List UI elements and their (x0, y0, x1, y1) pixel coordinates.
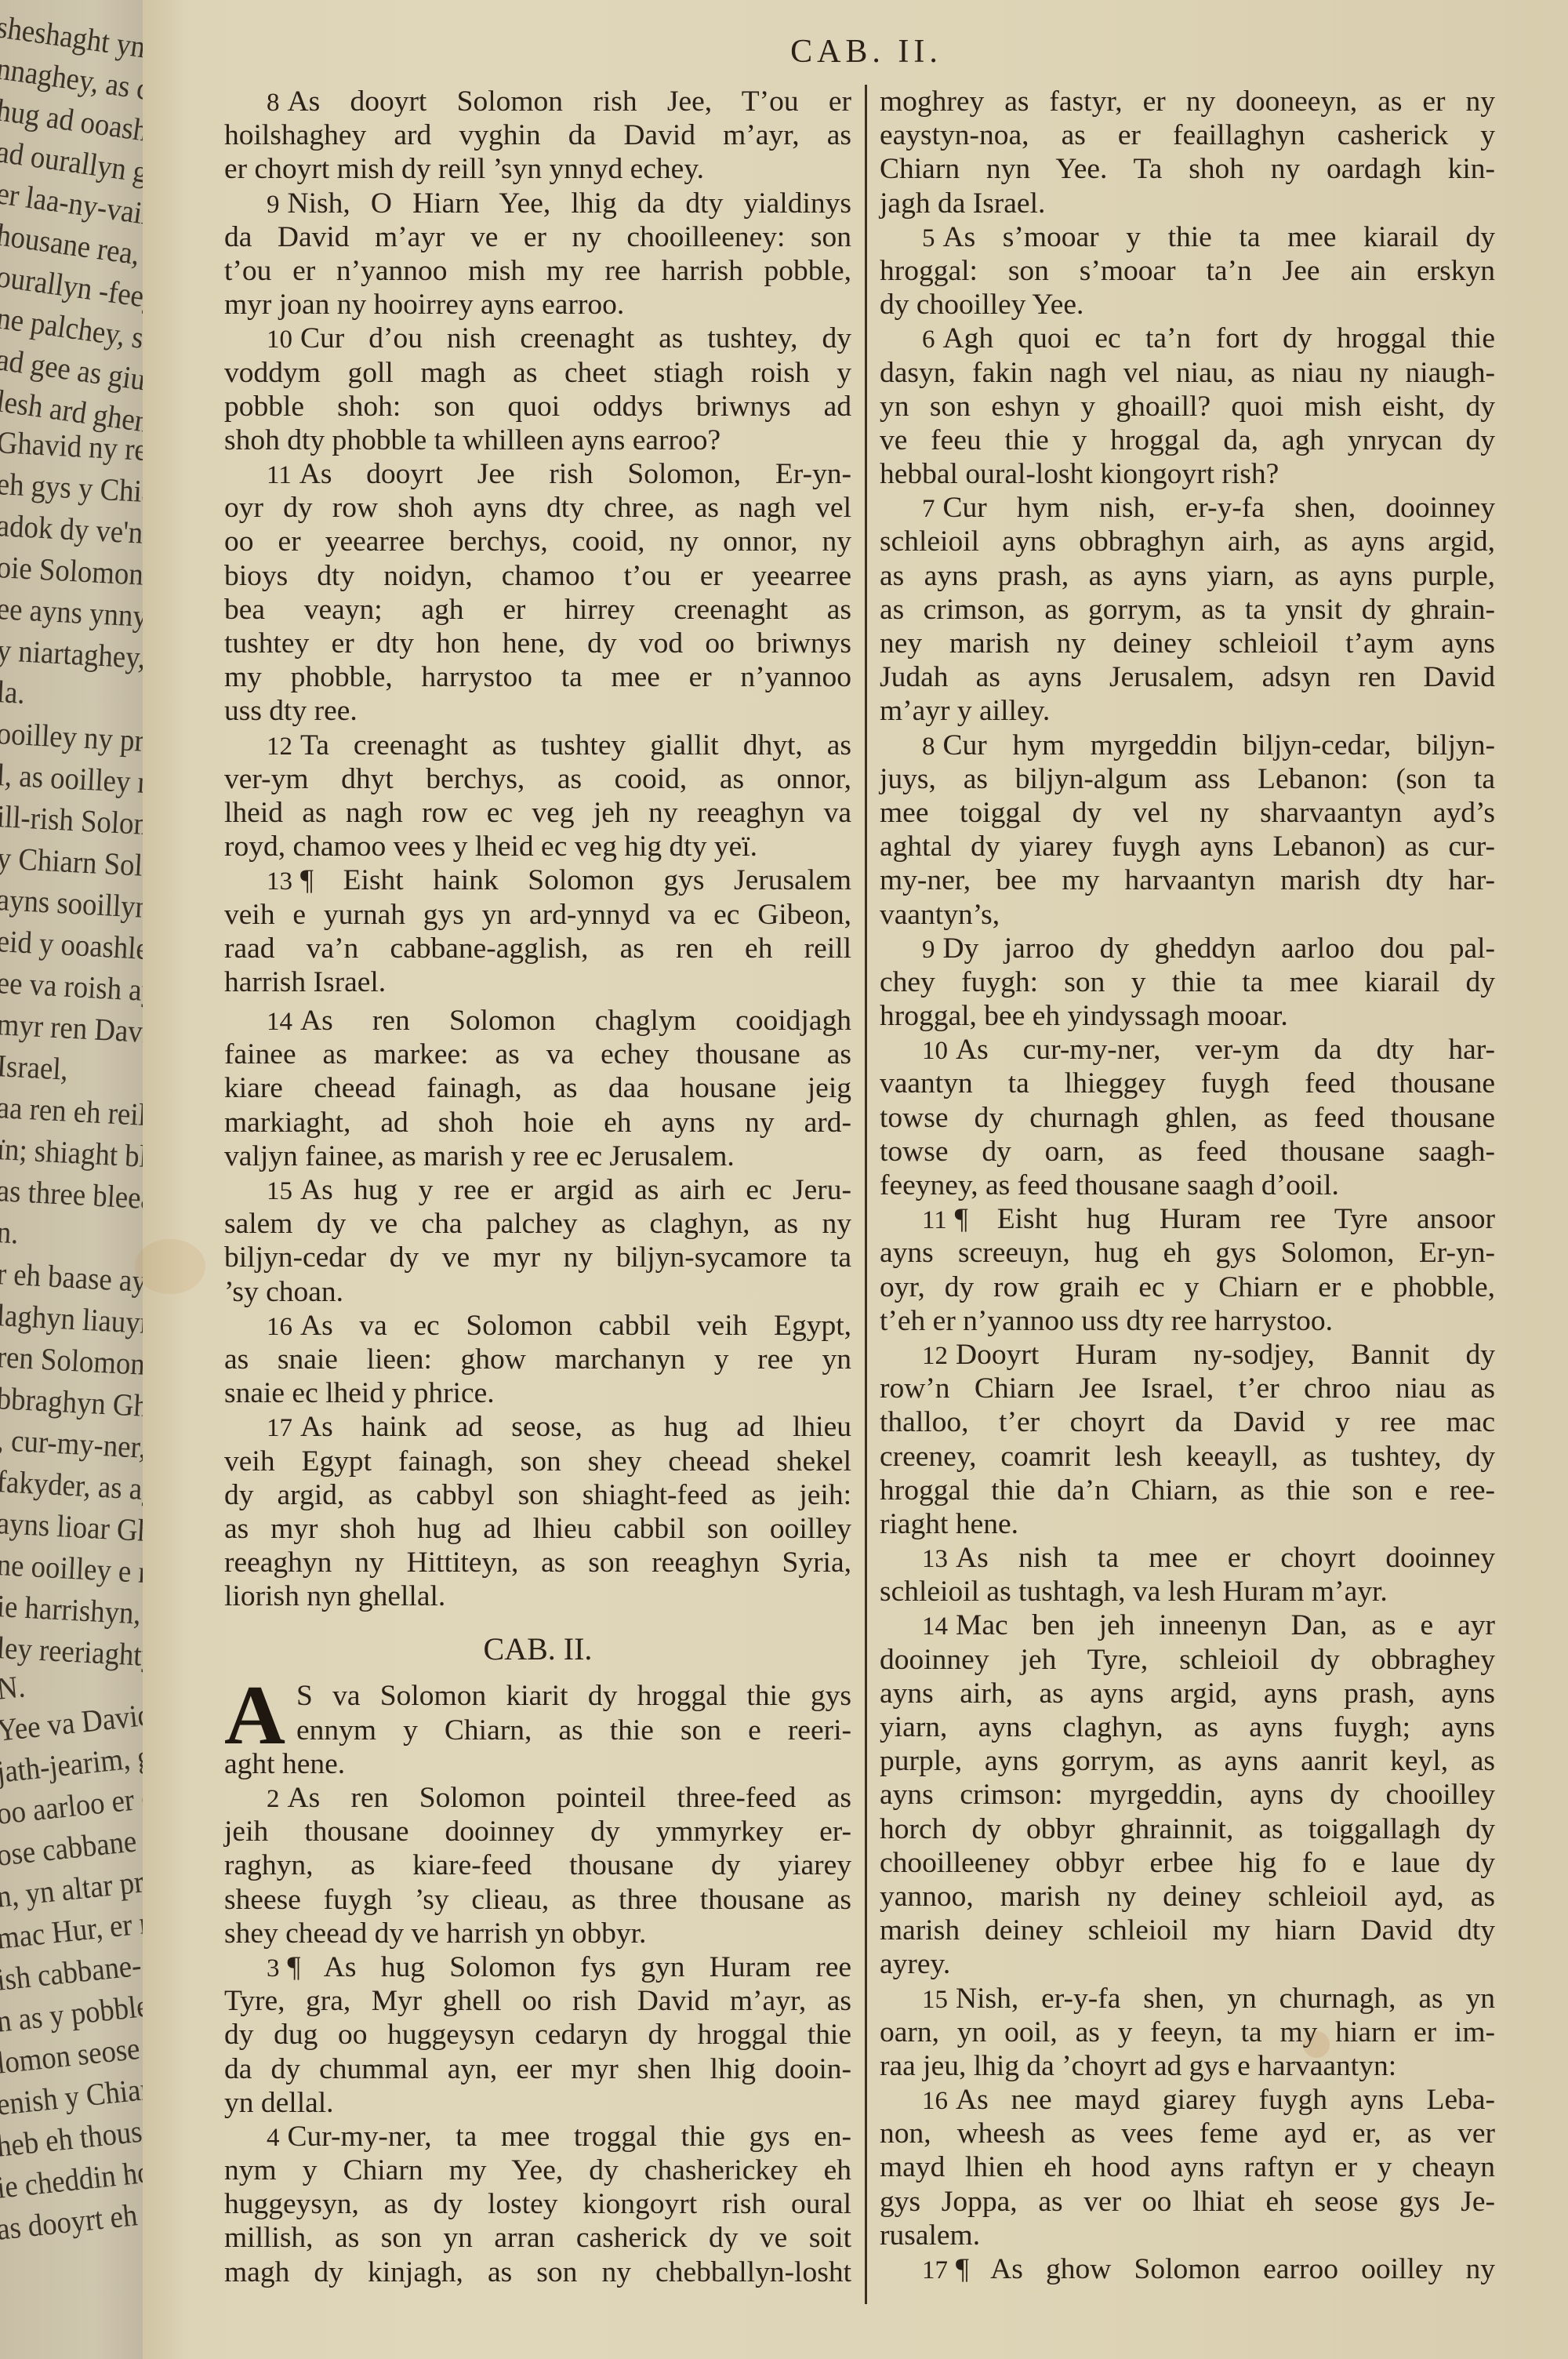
line-text: vaantyn ta lhieggey fuygh feed thousane (880, 1067, 1495, 1100)
verse-start-line: 11As dooyrt Jee rish Solomon, Er-yn- (224, 457, 851, 491)
line-text: ¶ As hug Solomon fys gyn Huram ree (288, 1951, 852, 1983)
text-line: millish, as son yn arran casherick dy ve… (224, 2221, 851, 2255)
line-text: As dooyrt Solomon rish Jee, T’ou er (288, 85, 852, 118)
verse-start-line: 11¶ Eisht hug Huram ree Tyre ansoor (880, 1202, 1495, 1236)
line-text: ¶ As ghow Solomon earroo ooilley ny (956, 2253, 1495, 2285)
line-text: liorish nyn ghellal. (224, 1580, 445, 1612)
verse-number: 9 (267, 191, 280, 219)
line-text: ayrey. (880, 1948, 950, 1980)
line-text: yn son eshyn y ghoaill? quoi mish eisht,… (880, 391, 1495, 423)
line-text: S va Solomon kiarit dy hroggal thie gys (296, 1680, 851, 1712)
verse-number: 10 (922, 1037, 948, 1065)
text-line: yannoo, marish ny deiney schleioil ayd, … (880, 1880, 1495, 1914)
text-line: ayrey. (880, 1947, 1495, 1981)
text-line: chooilleeney obbyr erbee hig fo e laue d… (880, 1846, 1495, 1880)
text-line: S va Solomon kiarit dy hroggal thie gys (224, 1679, 851, 1713)
line-text: towse dy churnagh ghlen, as feed thousan… (880, 1102, 1495, 1134)
facing-page-text: ren Solomon e vac (0, 1338, 151, 1386)
line-text: tushtey er dty hon hene, dy vod oo briwn… (224, 627, 851, 660)
line-text: purple, ayns gorrym, as ayns aanrit keyl… (880, 1745, 1495, 1777)
verse-start-line: 9Dy jarroo dy gheddyn aarloo dou pal- (880, 932, 1495, 965)
verse-start-line: 17As haink ad seose, as hug ad lhieu (224, 1410, 851, 1444)
line-text: hroggal, bee eh yindyssagh mooar. (880, 1000, 1288, 1032)
text-line: myr joan ny hooirrey ayns earroo. (224, 288, 851, 322)
line-text: As hug y ree er argid as airh ec Jeru- (300, 1174, 851, 1206)
line-text: pobble shoh: son quoi oddys briwnys ad (224, 391, 851, 423)
line-text: fainee as markee: as va echey thousane a… (224, 1038, 851, 1070)
text-line: shoh dty phobble ta whilleen ayns earroo… (224, 423, 851, 457)
text-line: biljyn-cedar dy ve myr ny biljyn-sycamor… (224, 1241, 851, 1274)
line-text: hoilshaghey ard vyghin da David m’ayr, a… (224, 119, 851, 151)
line-text: snaie ec lheid y phrice. (224, 1377, 495, 1409)
text-line: veih Egypt fainagh, son shey cheead shek… (224, 1445, 851, 1478)
line-text: kiare cheead fainagh, as daa housane jei… (224, 1072, 851, 1104)
line-text: riaght hene. (880, 1508, 1018, 1540)
line-text: bea veayn; agh er hirrey creenaght as (224, 594, 851, 626)
line-text: yannoo, marish ny deiney schleioil ayd, … (880, 1881, 1495, 1913)
text-line: hroggal, bee eh yindyssagh mooar. (880, 999, 1495, 1033)
facing-page-text: n. (0, 1213, 20, 1251)
text-line: reeaghyn ny Hittiteyn, as son reeaghyn S… (224, 1546, 851, 1579)
facing-page-text: myr ren David mac (0, 1005, 151, 1054)
facing-page-text: ooilley ny princey (0, 714, 151, 762)
text-line: towse dy oarn, as feed thousane saagh- (880, 1135, 1495, 1169)
line-text: Mac ben jeh inneenyn Dan, as e ayr (956, 1609, 1495, 1641)
verse-start-line: 6Agh quoi ec ta’n fort dy hroggal thie (880, 322, 1495, 355)
facing-page-text: y Chiarn Solomon y (0, 839, 151, 889)
verse-number: 12 (922, 1342, 948, 1370)
text-line: gys Joppa, as ver oo lhiat eh seose gys … (880, 2185, 1495, 2219)
line-text: magh dy kinjagh, as son ny chebballyn-lo… (224, 2256, 851, 2288)
line-text: ayns screeuyn, hug eh gys Solomon, Er-yn… (880, 1237, 1495, 1269)
text-line: harrish Israel. (224, 965, 851, 999)
text-line: vaantyn’s, (880, 898, 1495, 932)
text-line: as crimson, as gorrym, as ta ynsit dy gh… (880, 593, 1495, 627)
line-text: ’sy choan. (224, 1276, 343, 1308)
verse-start-line: 12Dooyrt Huram ny-sodjey, Bannit dy (880, 1338, 1495, 1372)
text-line: rusalem. (880, 2219, 1495, 2252)
verse-number: 13 (267, 867, 292, 896)
verse-start-line: 10Cur d’ou nish creenaght as tushtey, dy (224, 322, 851, 355)
facing-page-text: l, as ooilley mec ree (0, 756, 151, 805)
line-text: my phobble, harrystoo ta mee er n’yannoo (224, 661, 851, 693)
text-line: moghrey as fastyr, er ny dooneeyn, as er… (880, 85, 1495, 118)
verse-number: 16 (267, 1313, 292, 1341)
line-text: oyr dy row shoh ayns dty chree, as nagh … (224, 492, 851, 524)
line-text: oarn, yn ooil, as y feeyn, ta my hiarn e… (880, 2016, 1495, 2048)
text-line: my-ner, bee my harvaantyn marish dty har… (880, 863, 1495, 897)
text-line: yn son eshyn y ghoaill? quoi mish eisht,… (880, 390, 1495, 423)
line-text: salem dy ve cha palchey as claghyn, as n… (224, 1208, 851, 1240)
text-line: ayns screeuyn, hug eh gys Solomon, Er-yn… (880, 1236, 1495, 1270)
text-line: aghtal dy yiarey fuygh ayns Lebanon) as … (880, 830, 1495, 863)
line-text: Chiarn nyn Yee. Ta shoh ny oardagh kin- (880, 153, 1495, 185)
text-line: fainee as markee: as va echey thousane a… (224, 1038, 851, 1071)
verse-start-line: 15As hug y ree er argid as airh ec Jeru- (224, 1173, 851, 1207)
line-text: aghtal dy yiarey fuygh ayns Lebanon) as … (880, 831, 1495, 863)
line-text: gys Joppa, as ver oo lhiat eh seose gys … (880, 2186, 1495, 2218)
text-line: yiarn, ayns claghyn, as ayns fuygh; ayns (880, 1710, 1495, 1744)
line-text: schleioil as tushtagh, va lesh Huram m’a… (880, 1576, 1388, 1608)
line-text: as ayns prash, as ayns yiarn, as ayns pu… (880, 560, 1495, 592)
line-text: vaantyn’s, (880, 899, 1000, 931)
verse-number: 4 (267, 2124, 280, 2152)
verse-start-line: 7Cur hym nish, er-y-fa shen, dooinney (880, 491, 1495, 525)
line-text: marish deiney schleioil my hiarn David d… (880, 1914, 1495, 1946)
line-text: dy chooilley Yee. (880, 289, 1083, 321)
line-text: shoh dty phobble ta whilleen ayns earroo… (224, 424, 720, 456)
verse-start-line: 8As dooyrt Solomon rish Jee, T’ou er (224, 85, 851, 118)
line-text: bioys dty noidyn, chamoo t’ou er yeearre… (224, 560, 851, 592)
line-text: millish, as son yn arran casherick dy ve… (224, 2222, 851, 2254)
line-text: raghyn, as kiare-feed thousane dy yiarey (224, 1849, 851, 1881)
text-line: dy dug oo huggeysyn cedaryn dy hroggal t… (224, 2018, 851, 2052)
line-text: thalloo, t’er choyrt da David y ree mac (880, 1406, 1495, 1438)
text-line: nym y Chiarn my Yee, dy chasherickey eh (224, 2154, 851, 2187)
left-column: 8As dooyrt Solomon rish Jee, T’ou erhoil… (224, 85, 851, 2289)
text-line: ayns airh, as ayns argid, ayns prash, ay… (880, 1677, 1495, 1710)
line-text: moghrey as fastyr, er ny dooneeyn, as er… (880, 85, 1495, 118)
line-text: Cur-my-ner, ta mee troggal thie gys en- (288, 2121, 852, 2153)
verse-number: 17 (922, 2256, 948, 2284)
text-line: creeney, coamrit lesh keeayll, as tushte… (880, 1440, 1495, 1474)
text-line: towse dy churnagh ghlen, as feed thousan… (880, 1101, 1495, 1135)
line-text: ennym y Chiarn, as thie son e reeri- (296, 1714, 851, 1747)
line-text: As nee mayd giarey fuygh ayns Leba- (956, 2084, 1495, 2116)
verse-start-line: 5As s’mooar y thie ta mee kiarail dy (880, 220, 1495, 254)
text-line: snaie ec lheid y phrice. (224, 1376, 851, 1410)
facing-page-text: y niartaghey, as hug (0, 631, 151, 680)
verse-number: 8 (922, 732, 935, 761)
text-line: as snaie lieen: ghow marchanyn y ree yn (224, 1343, 851, 1376)
line-text: royd, chamoo vees y lheid ec veg hig dty… (224, 831, 757, 863)
verse-number: 6 (922, 325, 935, 354)
verse-start-line: 14As ren Solomon chaglym cooidjagh (224, 1004, 851, 1038)
text-line: t’eh er n’yannoo uss dty ree harrystoo. (880, 1304, 1495, 1338)
line-text: eaystyn-noa, as er feaillaghyn casherick… (880, 119, 1495, 151)
line-text: da David m’ayr ve er ny chooilleeney: so… (224, 221, 851, 253)
line-text: schleioil ayns obbraghyn airh, as ayns a… (880, 525, 1495, 558)
text-line: ve feeu thie y hroggal da, agh ynrycan d… (880, 423, 1495, 457)
verse-number: 15 (922, 1986, 948, 2014)
line-text: t’eh er n’yannoo uss dty ree harrystoo. (880, 1305, 1333, 1337)
line-text: As haink ad seose, as hug ad lhieu (300, 1411, 851, 1443)
text-line: schleioil as tushtagh, va lesh Huram m’a… (880, 1575, 1495, 1608)
text-line: valjyn fainee, as marish y ree ec Jerusa… (224, 1140, 851, 1173)
text-line: huggeysyn, as dy lostey kiongoyrt rish o… (224, 2187, 851, 2221)
line-text: Nish, er-y-fa shen, yn churnagh, as yn (956, 1983, 1495, 2015)
verse-number: 8 (267, 89, 280, 117)
text-line: hroggal thie da’n Chiarn, as thie son e … (880, 1474, 1495, 1507)
text-line: raad va’n cabbane-agglish, as ren eh rei… (224, 932, 851, 965)
column-divider (865, 85, 867, 2304)
line-text: as crimson, as gorrym, as ta ynsit dy gh… (880, 594, 1495, 626)
line-text: ¶ Eisht haink Solomon gys Jerusalem (300, 864, 851, 896)
line-text: horch dy obbyr ghrainnit, as toiggallagh… (880, 1813, 1495, 1845)
text-line: liorish nyn ghellal. (224, 1579, 851, 1613)
line-text: jagh da Israel. (880, 187, 1045, 220)
facing-page-edge: sheshaght yn Chiarnnnaghey, as chroymhug… (0, 0, 151, 2359)
line-text: Dy jarroo dy gheddyn aarloo dou pal- (943, 932, 1496, 965)
text-line: hroggal: son s’mooar ta’n Jee ain erskyn (880, 254, 1495, 288)
line-text: Cur hym nish, er-y-fa shen, dooinney (943, 492, 1496, 524)
line-text: dooinney jeh Tyre, schleioil dy obbraghe… (880, 1644, 1495, 1676)
verse-number: 11 (267, 461, 292, 489)
line-text: As ren Solomon pointeil three-feed as (288, 1782, 852, 1814)
line-text: huggeysyn, as dy lostey kiongoyrt rish o… (224, 2188, 851, 2220)
verse-number: 10 (267, 325, 292, 354)
line-text: As s’mooar y thie ta mee kiarail dy (943, 221, 1496, 253)
line-text: veih e yurnah gys yn ard-ynnyd va ec Gib… (224, 899, 851, 931)
text-line: vaantyn ta lhieggey fuygh feed thousane (880, 1067, 1495, 1100)
line-text: my-ner, bee my harvaantyn marish dty har… (880, 864, 1495, 896)
verse-start-line: 13¶ Eisht haink Solomon gys Jerusalem (224, 863, 851, 897)
facing-page-text: as three bleeaney jeig (0, 1172, 151, 1222)
text-line: dy argid, as cabbyl son shiaght-feed as … (224, 1478, 851, 1512)
text-line: royd, chamoo vees y lheid ec veg hig dty… (224, 830, 851, 863)
text-line: t’ou er n’yannoo mish my ree harrish pob… (224, 254, 851, 288)
text-line: riaght hene. (880, 1507, 1495, 1541)
verse-number: 3 (267, 1954, 280, 1983)
line-text: raad va’n cabbane-agglish, as ren eh rei… (224, 932, 851, 965)
line-text: As ren Solomon chaglym cooidjagh (300, 1005, 851, 1037)
text-line: uss dty ree. (224, 694, 851, 728)
line-text: ¶ Eisht hug Huram ree Tyre ansoor (955, 1203, 1495, 1235)
text-line: as myr shoh hug ad lhieu cabbil son ooil… (224, 1512, 851, 1546)
line-text: ney marish ny deiney schleioil t’aym ayn… (880, 627, 1495, 660)
verse-start-line: 4Cur-my-ner, ta mee troggal thie gys en- (224, 2120, 851, 2154)
line-text: oo er yeearree berchys, cooid, ny onnor,… (224, 525, 851, 558)
text-line: feeyney, as feed thousane saagh d’ooil. (880, 1169, 1495, 1202)
text-line: juys, as biljyn-algum ass Lebanon: (son … (880, 762, 1495, 796)
verse-start-line: 17¶ As ghow Solomon earroo ooilley ny (880, 2252, 1495, 2286)
line-text: Agh quoi ec ta’n fort dy hroggal thie (943, 322, 1496, 354)
running-head: CAB. II. (776, 33, 956, 71)
line-text: chey fuygh: son y thie ta mee kiarail dy (880, 966, 1495, 998)
verse-start-line: 2As ren Solomon pointeil three-feed as (224, 1781, 851, 1815)
text-line: dooinney jeh Tyre, schleioil dy obbraghe… (880, 1643, 1495, 1677)
text-line: magh dy kinjagh, as son ny chebballyn-lo… (224, 2255, 851, 2289)
line-text: harrish Israel. (224, 966, 386, 998)
text-line: ’sy choan. (224, 1275, 851, 1309)
text-line: bioys dty noidyn, chamoo t’ou er yeearre… (224, 559, 851, 593)
text-line: m’ayr y ailley. (880, 694, 1495, 728)
facing-page-text: Israel, (0, 1047, 69, 1088)
text-line: thalloo, t’er choyrt da David y ree mac (880, 1405, 1495, 1439)
text-line: salem dy ve cha palchey as claghyn, as n… (224, 1207, 851, 1241)
line-text: yiarn, ayns claghyn, as ayns fuygh; ayns (880, 1711, 1495, 1743)
line-text: as snaie lieen: ghow marchanyn y ree yn (224, 1343, 851, 1376)
text-line: purple, ayns gorrym, as ayns aanrit keyl… (880, 1744, 1495, 1778)
verse-number: 2 (267, 1785, 280, 1813)
chapter-heading: CAB. II. (224, 1630, 851, 1668)
text-line: chey fuygh: son y thie ta mee kiarail dy (880, 965, 1495, 999)
line-text: dy dug oo huggeysyn cedaryn dy hroggal t… (224, 2019, 851, 2051)
text-line: aght hene. (224, 1747, 851, 1781)
text-line: ver-ym dhyt berchys, as cooid, as onnor, (224, 762, 851, 796)
text-line: da David m’ayr ve er ny chooilleeney: so… (224, 220, 851, 254)
line-text: ve feeu thie y hroggal da, agh ynrycan d… (880, 424, 1495, 456)
line-text: ayns crimson: myrgeddin, ayns dy chooill… (880, 1779, 1495, 1811)
line-text: t’ou er n’yannoo mish my ree harrish pob… (224, 255, 851, 287)
line-text: Nish, O Hiarn Yee, lhig da dty yialdinys (288, 187, 852, 220)
text-line: eaystyn-noa, as er feaillaghyn casherick… (880, 118, 1495, 152)
line-text: Cur hym myrgeddin biljyn-cedar, biljyn- (943, 729, 1496, 761)
verse-number: 11 (922, 1206, 947, 1234)
text-line: Tyre, gra, Myr ghell oo rish David m’ayr… (224, 1984, 851, 2018)
line-text: m’ayr y ailley. (880, 695, 1050, 727)
line-text: reeaghyn ny Hittiteyn, as son reeaghyn S… (224, 1547, 851, 1579)
line-text: Judah as ayns Jerusalem, adsyn ren David (880, 661, 1495, 693)
line-text: non, wheesh as vees feme ayd er, as ver (880, 2117, 1495, 2150)
line-text: towse dy oarn, as feed thousane saagh- (880, 1136, 1495, 1168)
line-text: Dooyrt Huram ny-sodjey, Bannit dy (956, 1339, 1495, 1371)
text-line: tushtey er dty hon hene, dy vod oo briwn… (224, 627, 851, 660)
foxing-stain (135, 1239, 205, 1294)
text-line: oyr, dy row graih ec y Chiarn er e phobb… (880, 1270, 1495, 1304)
line-text: mee toiggal dy vel ny sharvaantyn ayd’s (880, 797, 1495, 829)
verse-number: 13 (922, 1545, 948, 1573)
text-line: ney marish ny deiney schleioil t’aym ayn… (880, 627, 1495, 660)
verse-number: 14 (267, 1008, 292, 1036)
line-text: valjyn fainee, as marish y ree ec Jerusa… (224, 1140, 735, 1172)
verse-number: 5 (922, 224, 935, 253)
line-text: ver-ym dhyt berchys, as cooid, as onnor, (224, 763, 851, 795)
text-line: lheid as nagh row ec veg jeh ny reeaghyn… (224, 796, 851, 830)
verse-start-line: 10As cur-my-ner, ver-ym da dty har- (880, 1033, 1495, 1067)
text-line: jagh da Israel. (880, 187, 1495, 220)
verse-start-line: 3¶ As hug Solomon fys gyn Huram ree (224, 1950, 851, 1984)
right-column: moghrey as fastyr, er ny dooneeyn, as er… (880, 85, 1495, 2286)
text-line: oyr dy row shoh ayns dty chree, as nagh … (224, 491, 851, 525)
facing-page-text: N. (0, 1667, 27, 1707)
line-text: yn dellal. (224, 2087, 334, 2119)
verse-start-line: 15Nish, er-y-fa shen, yn churnagh, as yn (880, 1982, 1495, 2016)
text-line: shey cheead dy ve harrish yn obbyr. (224, 1917, 851, 1950)
text-line: sheese fuygh ’sy clieau, as three thousa… (224, 1883, 851, 1917)
text-line: mee toiggal dy vel ny sharvaantyn ayd’s (880, 796, 1495, 830)
text-line: dasyn, fakin nagh vel niau, as niau ny n… (880, 356, 1495, 390)
facing-page-text: oie Solomon er stoyl (0, 548, 151, 598)
text-line: my phobble, harrystoo ta mee er n’yannoo (224, 660, 851, 694)
text-line: veih e yurnah gys yn ard-ynnyd va ec Gib… (224, 898, 851, 932)
line-text: markiaght, ad shoh hoie eh ayns ny ard- (224, 1107, 851, 1139)
text-line: marish deiney schleioil my hiarn David d… (880, 1914, 1495, 1947)
text-line: schleioil ayns obbraghyn airh, as ayns a… (880, 525, 1495, 558)
facing-page-text: eid y ooashley reeoil (0, 922, 151, 972)
text-line: kiare cheead fainagh, as daa housane jei… (224, 1071, 851, 1105)
text-line: ennym y Chiarn, as thie son e reeri- (224, 1714, 851, 1747)
verse-start-line: 12Ta creenaght as tushtey giallit dhyt, … (224, 729, 851, 762)
line-text: creeney, coamrit lesh keeayll, as tushte… (880, 1441, 1495, 1473)
line-text: chooilleeney obbyr erbee hig fo e laue d… (880, 1847, 1495, 1879)
verse-number: 15 (267, 1177, 292, 1205)
verse-start-line: 16As va ec Solomon cabbil veih Egypt, (224, 1309, 851, 1343)
verse-start-line: 13As nish ta mee er choyrt dooinney (880, 1541, 1495, 1575)
line-text: dasyn, fakin nagh vel niau, as niau ny n… (880, 357, 1495, 389)
line-text: raa jeu, lhig da ’choyrt ad gys e harvaa… (880, 2050, 1396, 2082)
text-line: raa jeu, lhig da ’choyrt ad gys e harvaa… (880, 2049, 1495, 2083)
facing-page-text: la. (0, 673, 26, 711)
text-line: ayns crimson: myrgeddin, ayns dy chooill… (880, 1778, 1495, 1812)
verse-number: 17 (267, 1414, 292, 1442)
text-line: oarn, yn ooil, as y feeyn, ta my hiarn e… (880, 2016, 1495, 2049)
text-line: jeih thousane dooinney dy ymmyrkey er- (224, 1815, 851, 1848)
text-line: bea veayn; agh er hirrey creenaght as (224, 593, 851, 627)
text-line: yn dellal. (224, 2086, 851, 2120)
text-line: er choyrt mish dy reill ’syn ynnyd echey… (224, 152, 851, 186)
line-text: myr joan ny hooirrey ayns earroo. (224, 289, 624, 321)
line-text: feeyney, as feed thousane saagh d’ooil. (880, 1169, 1339, 1201)
line-text: mayd lhien eh hood ayns raftyn er y chea… (880, 2151, 1495, 2183)
line-text: row’n Chiarn Jee Israel, t’er chroo niau… (880, 1372, 1495, 1405)
line-text: hroggal: son s’mooar ta’n Jee ain erskyn (880, 255, 1495, 287)
line-text: hroggal thie da’n Chiarn, as thie son e … (880, 1474, 1495, 1507)
text-line: mayd lhien eh hood ayns raftyn er y chea… (880, 2150, 1495, 2184)
line-text: As cur-my-ner, ver-ym da dty har- (956, 1034, 1495, 1066)
text-line: horch dy obbyr ghrainnit, as toiggallagh… (880, 1812, 1495, 1846)
facing-page-text: ïn; shiaght bleeaney (0, 1130, 151, 1179)
line-text: ayns airh, as ayns argid, ayns prash, ay… (880, 1677, 1495, 1710)
text-line: row’n Chiarn Jee Israel, t’er chroo niau… (880, 1372, 1495, 1405)
line-text: dy argid, as cabbyl son shiaght-feed as … (224, 1479, 851, 1511)
line-text: shey cheead dy ve harrish yn obbyr. (224, 1917, 646, 1950)
line-text: juys, as biljyn-algum ass Lebanon: (son … (880, 763, 1495, 795)
verse-number: 14 (922, 1612, 948, 1641)
verse-start-line: 9Nish, O Hiarn Yee, lhig da dty yialdiny… (224, 187, 851, 220)
line-text: As nish ta mee er choyrt dooinney (956, 1542, 1495, 1574)
facing-page-text: ayns sooillyn ooilley (0, 881, 151, 930)
text-line: hebbal oural-losht kiongoyrt rish? (880, 457, 1495, 491)
line-text: er choyrt mish dy reill ’syn ynnyd echey… (224, 153, 704, 185)
verse-number: 16 (922, 2087, 948, 2115)
line-text: uss dty ree. (224, 695, 358, 727)
line-text: As va ec Solomon cabbil veih Egypt, (300, 1310, 851, 1342)
text-line: oo er yeearree berchys, cooid, ny onnor,… (224, 525, 851, 558)
text-line: markiaght, ad shoh hoie eh ayns ny ard- (224, 1106, 851, 1140)
drop-cap: A (224, 1682, 285, 1750)
line-text: sheese fuygh ’sy clieau, as three thousa… (224, 1884, 851, 1916)
text-line: raghyn, as kiare-feed thousane dy yiarey (224, 1848, 851, 1882)
line-text: veih Egypt fainagh, son shey cheead shek… (224, 1445, 851, 1478)
text-line: Judah as ayns Jerusalem, adsyn ren David (880, 660, 1495, 694)
text-line: non, wheesh as vees feme ayd er, as ver (880, 2117, 1495, 2150)
line-text: nym y Chiarn my Yee, dy chasherickey eh (224, 2154, 851, 2186)
line-text: hebbal oural-losht kiongoyrt rish? (880, 458, 1279, 490)
verse-start-line: 16As nee mayd giarey fuygh ayns Leba- (880, 2083, 1495, 2117)
line-text: jeih thousane dooinney dy ymmyrkey er- (224, 1816, 851, 1848)
text-line: hoilshaghey ard vyghin da David m’ayr, a… (224, 118, 851, 152)
text-line: Chiarn nyn Yee. Ta shoh ny oardagh kin- (880, 152, 1495, 186)
line-text: Ta creenaght as tushtey giallit dhyt, as (300, 729, 851, 761)
line-text: oyr, dy row graih ec y Chiarn er e phobb… (880, 1271, 1495, 1303)
line-text: da dy chummal ayn, eer myr shen lhig doo… (224, 2053, 851, 2085)
line-text: lheid as nagh row ec veg jeh ny reeaghyn… (224, 797, 851, 829)
line-text: Tyre, gra, Myr ghell oo rish David m’ayr… (224, 1985, 851, 2017)
text-line: voddym goll magh as cheet stiagh roish y (224, 356, 851, 390)
line-text: As dooyrt Jee rish Solomon, Er-yn- (299, 458, 851, 490)
text-line: as ayns prash, as ayns yiarn, as ayns pu… (880, 559, 1495, 593)
verse-start-line: 14Mac ben jeh inneenyn Dan, as e ayr (880, 1608, 1495, 1642)
verse-number: 9 (922, 936, 935, 964)
verse-number: 12 (267, 732, 292, 761)
line-text: rusalem. (880, 2219, 980, 2252)
chapter-opening: AS va Solomon kiarit dy hroggal thie gys… (224, 1679, 851, 1781)
line-text: as myr shoh hug ad lhieu cabbil son ooil… (224, 1513, 851, 1545)
verse-start-line: 8Cur hym myrgeddin biljyn-cedar, biljyn- (880, 729, 1495, 762)
text-line: dy chooilley Yee. (880, 288, 1495, 322)
line-text: voddym goll magh as cheet stiagh roish y (224, 357, 851, 389)
